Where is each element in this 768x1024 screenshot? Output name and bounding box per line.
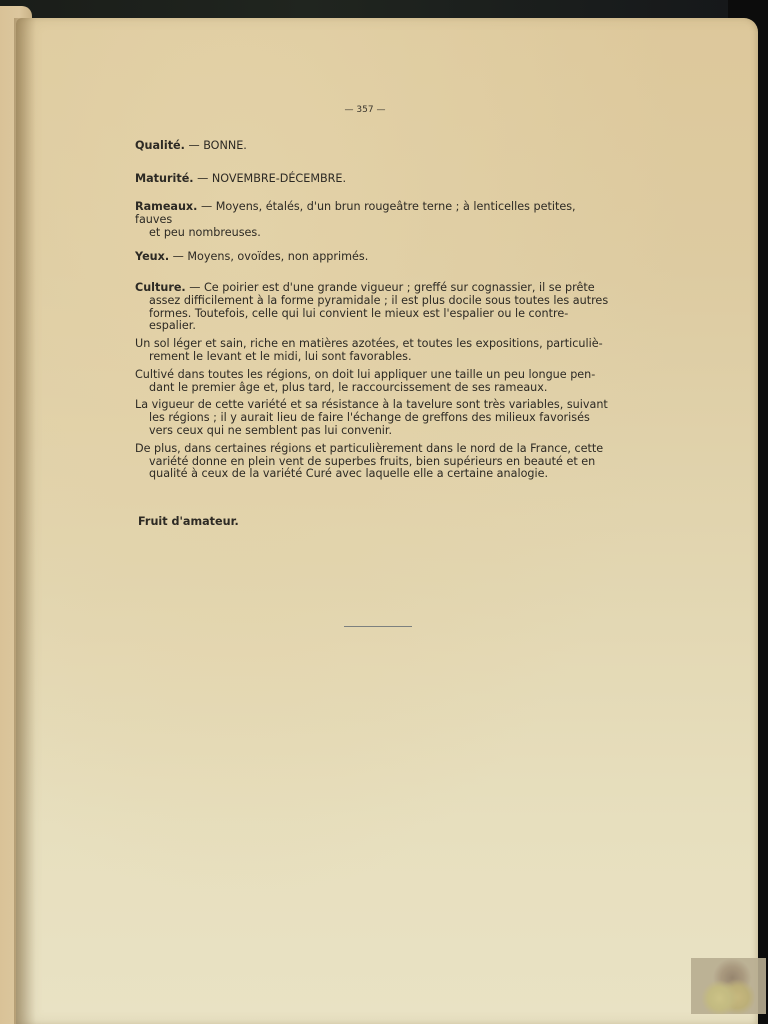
closing-note: Fruit d'amateur.	[138, 516, 613, 529]
field-value: — NOVEMBRE-DÉCEMBRE.	[194, 172, 347, 185]
field-label: Culture.	[135, 281, 186, 294]
field-value: — Moyens, ovoïdes, non apprimés.	[169, 250, 368, 263]
page-gutter-shadow	[14, 18, 36, 1024]
field-value: — Moyens, étalés, d'un brun rougeâtre te…	[135, 200, 576, 226]
field-label: Qualité.	[135, 139, 185, 152]
culture-line: rement le levant et le midi, lui sont fa…	[135, 351, 610, 364]
section-culture: Culture. — Ce poirier est d'une grande v…	[135, 282, 610, 481]
culture-line: dant le premier âge et, plus tard, le ra…	[135, 382, 610, 395]
culture-line: Cultivé dans toutes les régions, on doit…	[135, 369, 610, 382]
culture-paragraph-pruning: Cultivé dans toutes les régions, on doit…	[135, 369, 610, 395]
culture-line: espalier.	[135, 320, 610, 333]
culture-line: formes. Toutefois, celle qui lui convien…	[135, 308, 610, 321]
culture-line: vers ceux qui ne semblent pas lui conven…	[135, 425, 610, 438]
pear-photo-thumbnail-icon	[691, 958, 766, 1014]
section-divider	[344, 626, 412, 627]
field-qualite: Qualité. — BONNE.	[135, 140, 610, 153]
culture-paragraph-north: De plus, dans certaines régions et parti…	[135, 443, 610, 481]
culture-paragraph-soil: Un sol léger et sain, riche en matières …	[135, 338, 610, 364]
closing-label: Fruit d'amateur.	[138, 515, 239, 528]
field-value: — BONNE.	[185, 139, 247, 152]
field-label: Maturité.	[135, 172, 194, 185]
field-value-continued: et peu nombreuses.	[135, 227, 610, 240]
field-yeux: Yeux. — Moyens, ovoïdes, non apprimés.	[135, 251, 610, 264]
field-rameaux: Rameaux. — Moyens, étalés, d'un brun rou…	[135, 201, 610, 239]
culture-line: De plus, dans certaines régions et parti…	[135, 443, 610, 456]
field-label: Yeux.	[135, 250, 169, 263]
field-maturite: Maturité. — NOVEMBRE-DÉCEMBRE.	[135, 173, 610, 186]
culture-line: assez difficilement à la forme pyramidal…	[135, 295, 610, 308]
culture-line: qualité à ceux de la variété Curé avec l…	[135, 468, 610, 481]
culture-line: — Ce poirier est d'une grande vigueur ; …	[186, 281, 595, 294]
field-label: Rameaux.	[135, 200, 197, 213]
culture-paragraph-vigour: La vigueur de cette variété et sa résist…	[135, 399, 610, 437]
page-number: — 357 —	[135, 104, 595, 117]
